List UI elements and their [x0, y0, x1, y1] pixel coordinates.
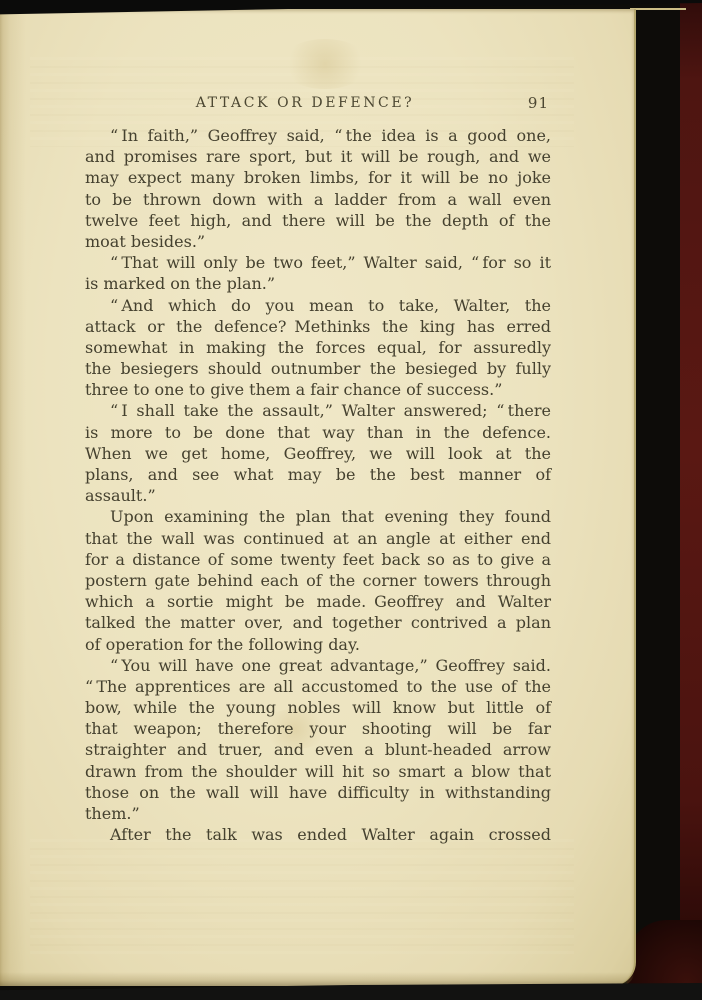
text-line: “ And which do you mean to take, Walter,…	[85, 295, 551, 316]
text-line: may expect many broken limbs, for it wil…	[85, 167, 551, 188]
text-line: “ You will have one great advantage,” Ge…	[85, 655, 551, 676]
text-line: is more to be done that way than in the …	[85, 422, 551, 443]
text-line: Upon examining the plan that evening the…	[85, 506, 551, 527]
text-line: straighter and truer, and even a blunt-h…	[85, 739, 551, 760]
text-line: for a distance of some twenty feet back …	[85, 549, 551, 570]
text-line: the besiegers should outnumber the besie…	[85, 358, 551, 379]
text-line: After the talk was ended Walter again cr…	[85, 824, 551, 845]
text-line: them.”	[85, 803, 551, 824]
text-line: that the wall was continued at an angle …	[85, 528, 551, 549]
text-line: “ That will only be two feet,” Walter sa…	[85, 252, 551, 273]
text-line: and promises rare sport, but it will be …	[85, 146, 551, 167]
text-line: that weapon; therefore your shooting wil…	[85, 718, 551, 739]
body-text: “ In faith,” Geoffrey said, “ the idea i…	[85, 125, 551, 845]
text-line: to be thrown down with a ladder from a w…	[85, 189, 551, 210]
text-line: assault.”	[85, 485, 551, 506]
paper-stain	[280, 39, 370, 89]
text-line: plans, and see what may be the best mann…	[85, 464, 551, 485]
running-header: ATTACK OR DEFENCE? 91	[85, 93, 551, 113]
page-gutter-shadow	[0, 9, 26, 986]
text-line: somewhat in making the forces equal, for…	[85, 337, 551, 358]
text-line: three to one to give them a fair chance …	[85, 379, 551, 400]
text-line: which a sortie might be made. Geoffrey a…	[85, 591, 551, 612]
text-line: attack or the defence? Methinks the king…	[85, 316, 551, 337]
text-line: of operation for the following day.	[85, 634, 551, 655]
book-page: ATTACK OR DEFENCE? 91 “ In faith,” Geoff…	[0, 9, 636, 986]
text-line: moat besides.”	[85, 231, 551, 252]
text-line: bow, while the young nobles will know bu…	[85, 697, 551, 718]
text-line: “ The apprentices are all accustomed to …	[85, 676, 551, 697]
page-title: ATTACK OR DEFENCE?	[85, 93, 525, 114]
text-line: talked the matter over, and together con…	[85, 612, 551, 633]
page-number: 91	[528, 93, 549, 114]
page-edge-stack	[630, 8, 686, 962]
text-line: drawn from the shoulder will hit so smar…	[85, 761, 551, 782]
text-block: ATTACK OR DEFENCE? 91 “ In faith,” Geoff…	[85, 93, 551, 845]
scan-banding-bottom	[30, 839, 574, 959]
text-line: postern gate behind each of the corner t…	[85, 570, 551, 591]
page-bottom-shading	[0, 972, 634, 986]
text-line: “ I shall take the assault,” Walter answ…	[85, 400, 551, 421]
text-line: When we get home, Geoffrey, we will look…	[85, 443, 551, 464]
text-line: “ In faith,” Geoffrey said, “ the idea i…	[85, 125, 551, 146]
text-line: those on the wall will have difficulty i…	[85, 782, 551, 803]
text-line: is marked on the plan.”	[85, 273, 551, 294]
text-line: twelve feet high, and there will be the …	[85, 210, 551, 231]
book-photo: ATTACK OR DEFENCE? 91 “ In faith,” Geoff…	[0, 0, 702, 1000]
